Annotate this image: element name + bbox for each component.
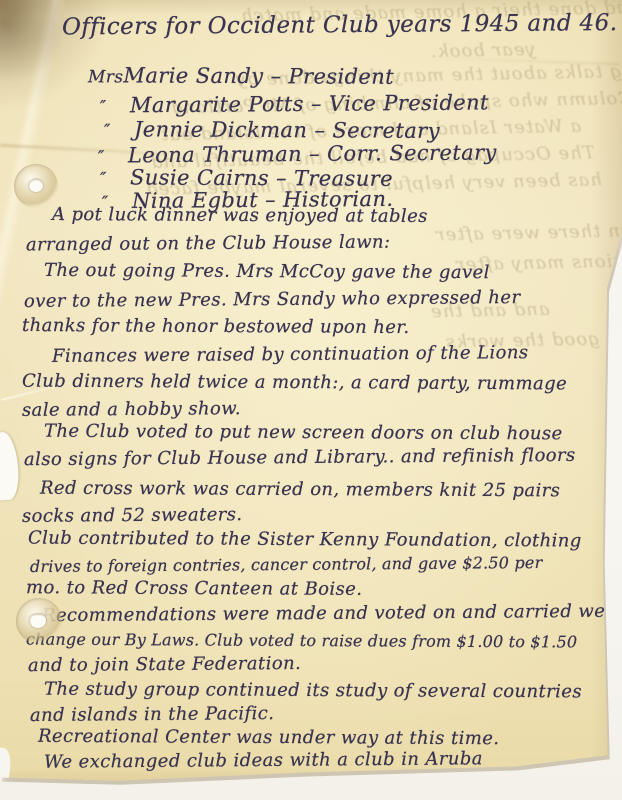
- handwritten-line: Recreational Center was under way at thi…: [38, 726, 500, 749]
- handwritten-line: The study group continued its study of s…: [44, 679, 582, 703]
- handwritten-line: Recommendations were made and voted on a…: [42, 601, 605, 626]
- handwritten-line: and islands in the Pacific.: [30, 703, 274, 726]
- document-title: Officers for Occident Club years 1945 an…: [62, 10, 622, 41]
- handwritten-line: mo. to Red Cross Canteen at Boise.: [26, 577, 362, 600]
- officer-line: ″Margarite Potts – Vice President: [100, 90, 489, 117]
- ditto-mark: ″: [100, 169, 130, 189]
- handwritten-line: sale and a hobby show.: [22, 398, 241, 421]
- officer-line: ″Leona Thruman – Corr. Secretary: [98, 140, 497, 167]
- officer-prefix: Mrs: [88, 67, 124, 87]
- handwritten-line: Club dinners held twice a month:, a card…: [22, 371, 567, 395]
- officer-text: Jennie Dickman – Secretary: [134, 117, 440, 143]
- handwritten-line: The out going Pres. Mrs McCoy gave the g…: [44, 260, 490, 283]
- hole-punch: [14, 164, 58, 208]
- handwritten-line: Finances were raised by continuation of …: [52, 342, 529, 367]
- handwritten-line: over to the new Pres. Mrs Sandy who expr…: [24, 287, 521, 312]
- officer-text: Marie Sandy – President: [123, 63, 394, 88]
- handwritten-line: The Club voted to put new screen doors o…: [44, 421, 563, 445]
- ditto-mark: ″: [104, 121, 134, 141]
- handwritten-line: A pot luck dinner was enjoyed at tables: [52, 204, 428, 227]
- ditto-mark: ″: [100, 97, 130, 117]
- handwriting-layer: Officers for Occident Club years 1945 an…: [0, 0, 622, 800]
- officer-text: Margarite Potts – Vice President: [130, 90, 489, 117]
- handwritten-line: thanks for the honor bestowed upon her.: [22, 315, 410, 338]
- hole-punch: [16, 598, 62, 644]
- hole-punch-hole: [29, 179, 43, 192]
- handwritten-line: socks and 52 sweaters.: [22, 504, 243, 527]
- hole-punch-hole: [30, 614, 46, 628]
- handwritten-line: Club contributed to the Sister Kenny Fou…: [28, 528, 582, 552]
- handwritten-line: arranged out on the Club House lawn:: [26, 232, 391, 256]
- handwritten-line: also signs for Club House and Library.. …: [24, 445, 576, 470]
- paper-sheet: and with us had done their a home made a…: [0, 0, 622, 800]
- handwritten-line: change our By Laws. Club voted to raise …: [26, 630, 577, 652]
- officer-line: ″Jennie Dickman – Secretary: [104, 117, 440, 143]
- officer-line: MrsMarie Sandy – President: [88, 63, 394, 89]
- handwritten-line: We exchanged club ideas with a club in A…: [44, 748, 483, 772]
- officer-text: Leona Thruman – Corr. Secretary: [128, 140, 497, 167]
- scanned-document: and with us had done their a home made a…: [0, 0, 622, 800]
- handwritten-line: Red cross work was carried on, members k…: [40, 478, 560, 502]
- handwritten-line: and to join State Federation.: [28, 653, 301, 676]
- handwritten-line: drives to foreign contries, cancer contr…: [30, 553, 543, 576]
